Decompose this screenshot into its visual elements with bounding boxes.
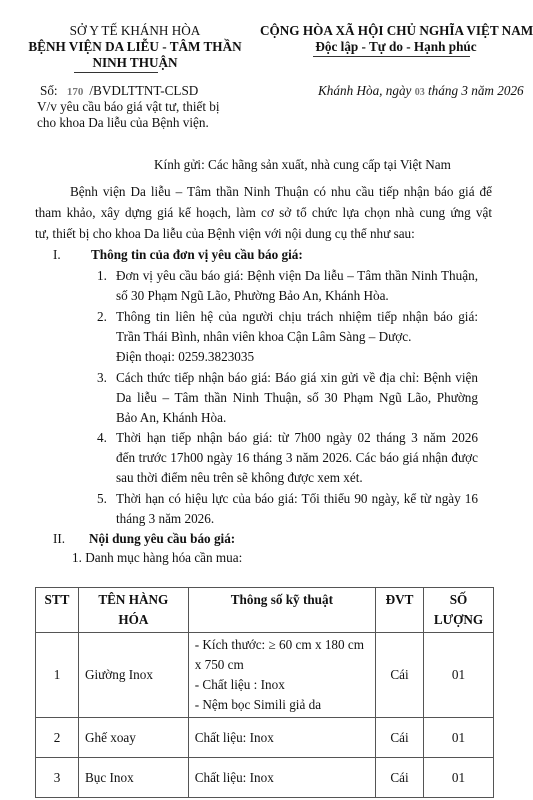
item1-line1: Đơn vị yêu cầu báo giá: Bệnh viện Da liễ…	[116, 268, 478, 284]
item3-line3: Bảo An, Khánh Hòa.	[116, 410, 226, 426]
section1-title: Thông tin của đơn vị yêu cầu báo giá:	[91, 247, 303, 263]
items-table: STT TÊN HÀNG HÓA Thông số kỹ thuật ĐVT S…	[35, 587, 494, 798]
ministry-name: SỞ Y TẾ KHÁNH HÒA	[0, 23, 270, 39]
item4-line3: sau thời điểm nêu trên sẽ không được xem…	[116, 470, 363, 486]
item5-line2: tháng 3 năm 2026.	[116, 511, 214, 527]
cell-qty: 01	[424, 718, 494, 758]
item4-num: 4.	[97, 430, 107, 446]
date-line: Khánh Hòa, ngày 03 tháng 3 năm 2026	[318, 83, 524, 99]
cell-name: Giường Inox	[78, 633, 188, 718]
subject-line2: cho khoa Da liễu của Bệnh viện.	[37, 115, 209, 131]
intro-line3: tư, thiết bị cho khoa Da liễu của Bệnh v…	[35, 226, 415, 242]
cell-spec: Chất liệu: Inox	[188, 758, 375, 798]
item5-num: 5.	[97, 491, 107, 507]
doc-number-label: Số:	[40, 83, 58, 98]
item1-line2: số 30 Phạm Ngũ Lão, Phường Bảo An, Khánh…	[116, 288, 389, 304]
table-row: 3 Bục Inox Chất liệu: Inox Cái 01	[36, 758, 494, 798]
header-left-underline	[74, 72, 158, 73]
nation-title: CỘNG HÒA XÃ HỘI CHỦ NGHĨA VIỆT NAM	[260, 23, 532, 39]
spec-line: - Kích thước: ≥ 60 cm x 180 cm	[195, 635, 369, 655]
cell-spec: Chất liệu: Inox	[188, 718, 375, 758]
item4-line1: Thời hạn tiếp nhận báo giá: từ 7h00 ngày…	[116, 430, 478, 446]
spec-line: - Nệm bọc Simili giả da	[195, 695, 369, 715]
recipient: Kính gửi: Các hãng sản xuất, nhà cung cấ…	[154, 157, 451, 173]
national-motto: Độc lập - Tự do - Hạnh phúc	[260, 39, 532, 55]
section2-numeral: II.	[53, 531, 65, 547]
header-spec: Thông số kỹ thuật	[188, 588, 375, 633]
doc-number-value: 170	[67, 86, 84, 98]
item3-num: 3.	[97, 370, 107, 386]
table-row: 2 Ghế xoay Chất liệu: Inox Cái 01	[36, 718, 494, 758]
date-suffix: tháng 3 năm 2026	[428, 83, 524, 98]
item3-line2: Da liễu – Tâm thần Ninh Thuận, số 30 Phạ…	[116, 390, 478, 406]
item2-line3: Điện thoại: 0259.3823035	[116, 349, 254, 365]
intro-line2: tham khảo, xây dựng giá kế hoạch, làm cơ…	[35, 205, 492, 221]
table-row: 1 Giường Inox - Kích thước: ≥ 60 cm x 18…	[36, 633, 494, 718]
section2-title: Nội dung yêu cầu báo giá:	[89, 531, 235, 547]
intro-line1: Bệnh viện Da liễu – Tâm thần Ninh Thuận …	[70, 184, 492, 200]
item1-num: 1.	[97, 268, 107, 284]
hospital-name-line2: NINH THUẬN	[0, 55, 270, 71]
item3-line1: Cách thức tiếp nhận báo giá: Báo giá xin…	[116, 370, 478, 386]
cell-unit: Cái	[376, 758, 424, 798]
cell-spec: - Kích thước: ≥ 60 cm x 180 cm x 750 cm …	[188, 633, 375, 718]
cell-name: Bục Inox	[78, 758, 188, 798]
cell-qty: 01	[424, 633, 494, 718]
section1-numeral: I.	[53, 247, 61, 263]
item5-line1: Thời hạn có hiệu lực của báo giá: Tối th…	[116, 491, 478, 507]
cell-unit: Cái	[376, 633, 424, 718]
date-day: 03	[415, 87, 425, 98]
spec-line: - Chất liệu : Inox	[195, 675, 369, 695]
table-header-row: STT TÊN HÀNG HÓA Thông số kỹ thuật ĐVT S…	[36, 588, 494, 633]
doc-number: Số: 170/BVDLTTNT-CLSD	[40, 83, 198, 99]
cell-name: Ghế xoay	[78, 718, 188, 758]
spec-line: x 750 cm	[195, 655, 369, 675]
section2-sub1: 1. Danh mục hàng hóa cần mua:	[72, 550, 242, 566]
cell-stt: 2	[36, 718, 79, 758]
item4-line2: đến trước 17h00 ngày 16 tháng 3 năm 2026…	[116, 450, 478, 466]
cell-qty: 01	[424, 758, 494, 798]
doc-number-suffix: /BVDLTTNT-CLSD	[89, 83, 198, 98]
cell-stt: 1	[36, 633, 79, 718]
header-name: TÊN HÀNG HÓA	[78, 588, 188, 633]
header-stt: STT	[36, 588, 79, 633]
subject-line1: V/v yêu cầu báo giá vật tư, thiết bị	[37, 99, 220, 115]
hospital-name-line1: BỆNH VIỆN DA LIỄU - TÂM THẦN	[0, 39, 270, 55]
cell-stt: 3	[36, 758, 79, 798]
item2-num: 2.	[97, 309, 107, 325]
header-right-underline	[313, 56, 470, 57]
date-prefix: Khánh Hòa, ngày	[318, 83, 411, 98]
header-qty: SỐ LƯỢNG	[424, 588, 494, 633]
item2-line1: Thông tin liên hệ của người chịu trách n…	[116, 309, 478, 325]
header-unit: ĐVT	[376, 588, 424, 633]
cell-unit: Cái	[376, 718, 424, 758]
item2-line2: Trần Thái Bình, nhân viên khoa Cận Lâm S…	[116, 329, 411, 345]
